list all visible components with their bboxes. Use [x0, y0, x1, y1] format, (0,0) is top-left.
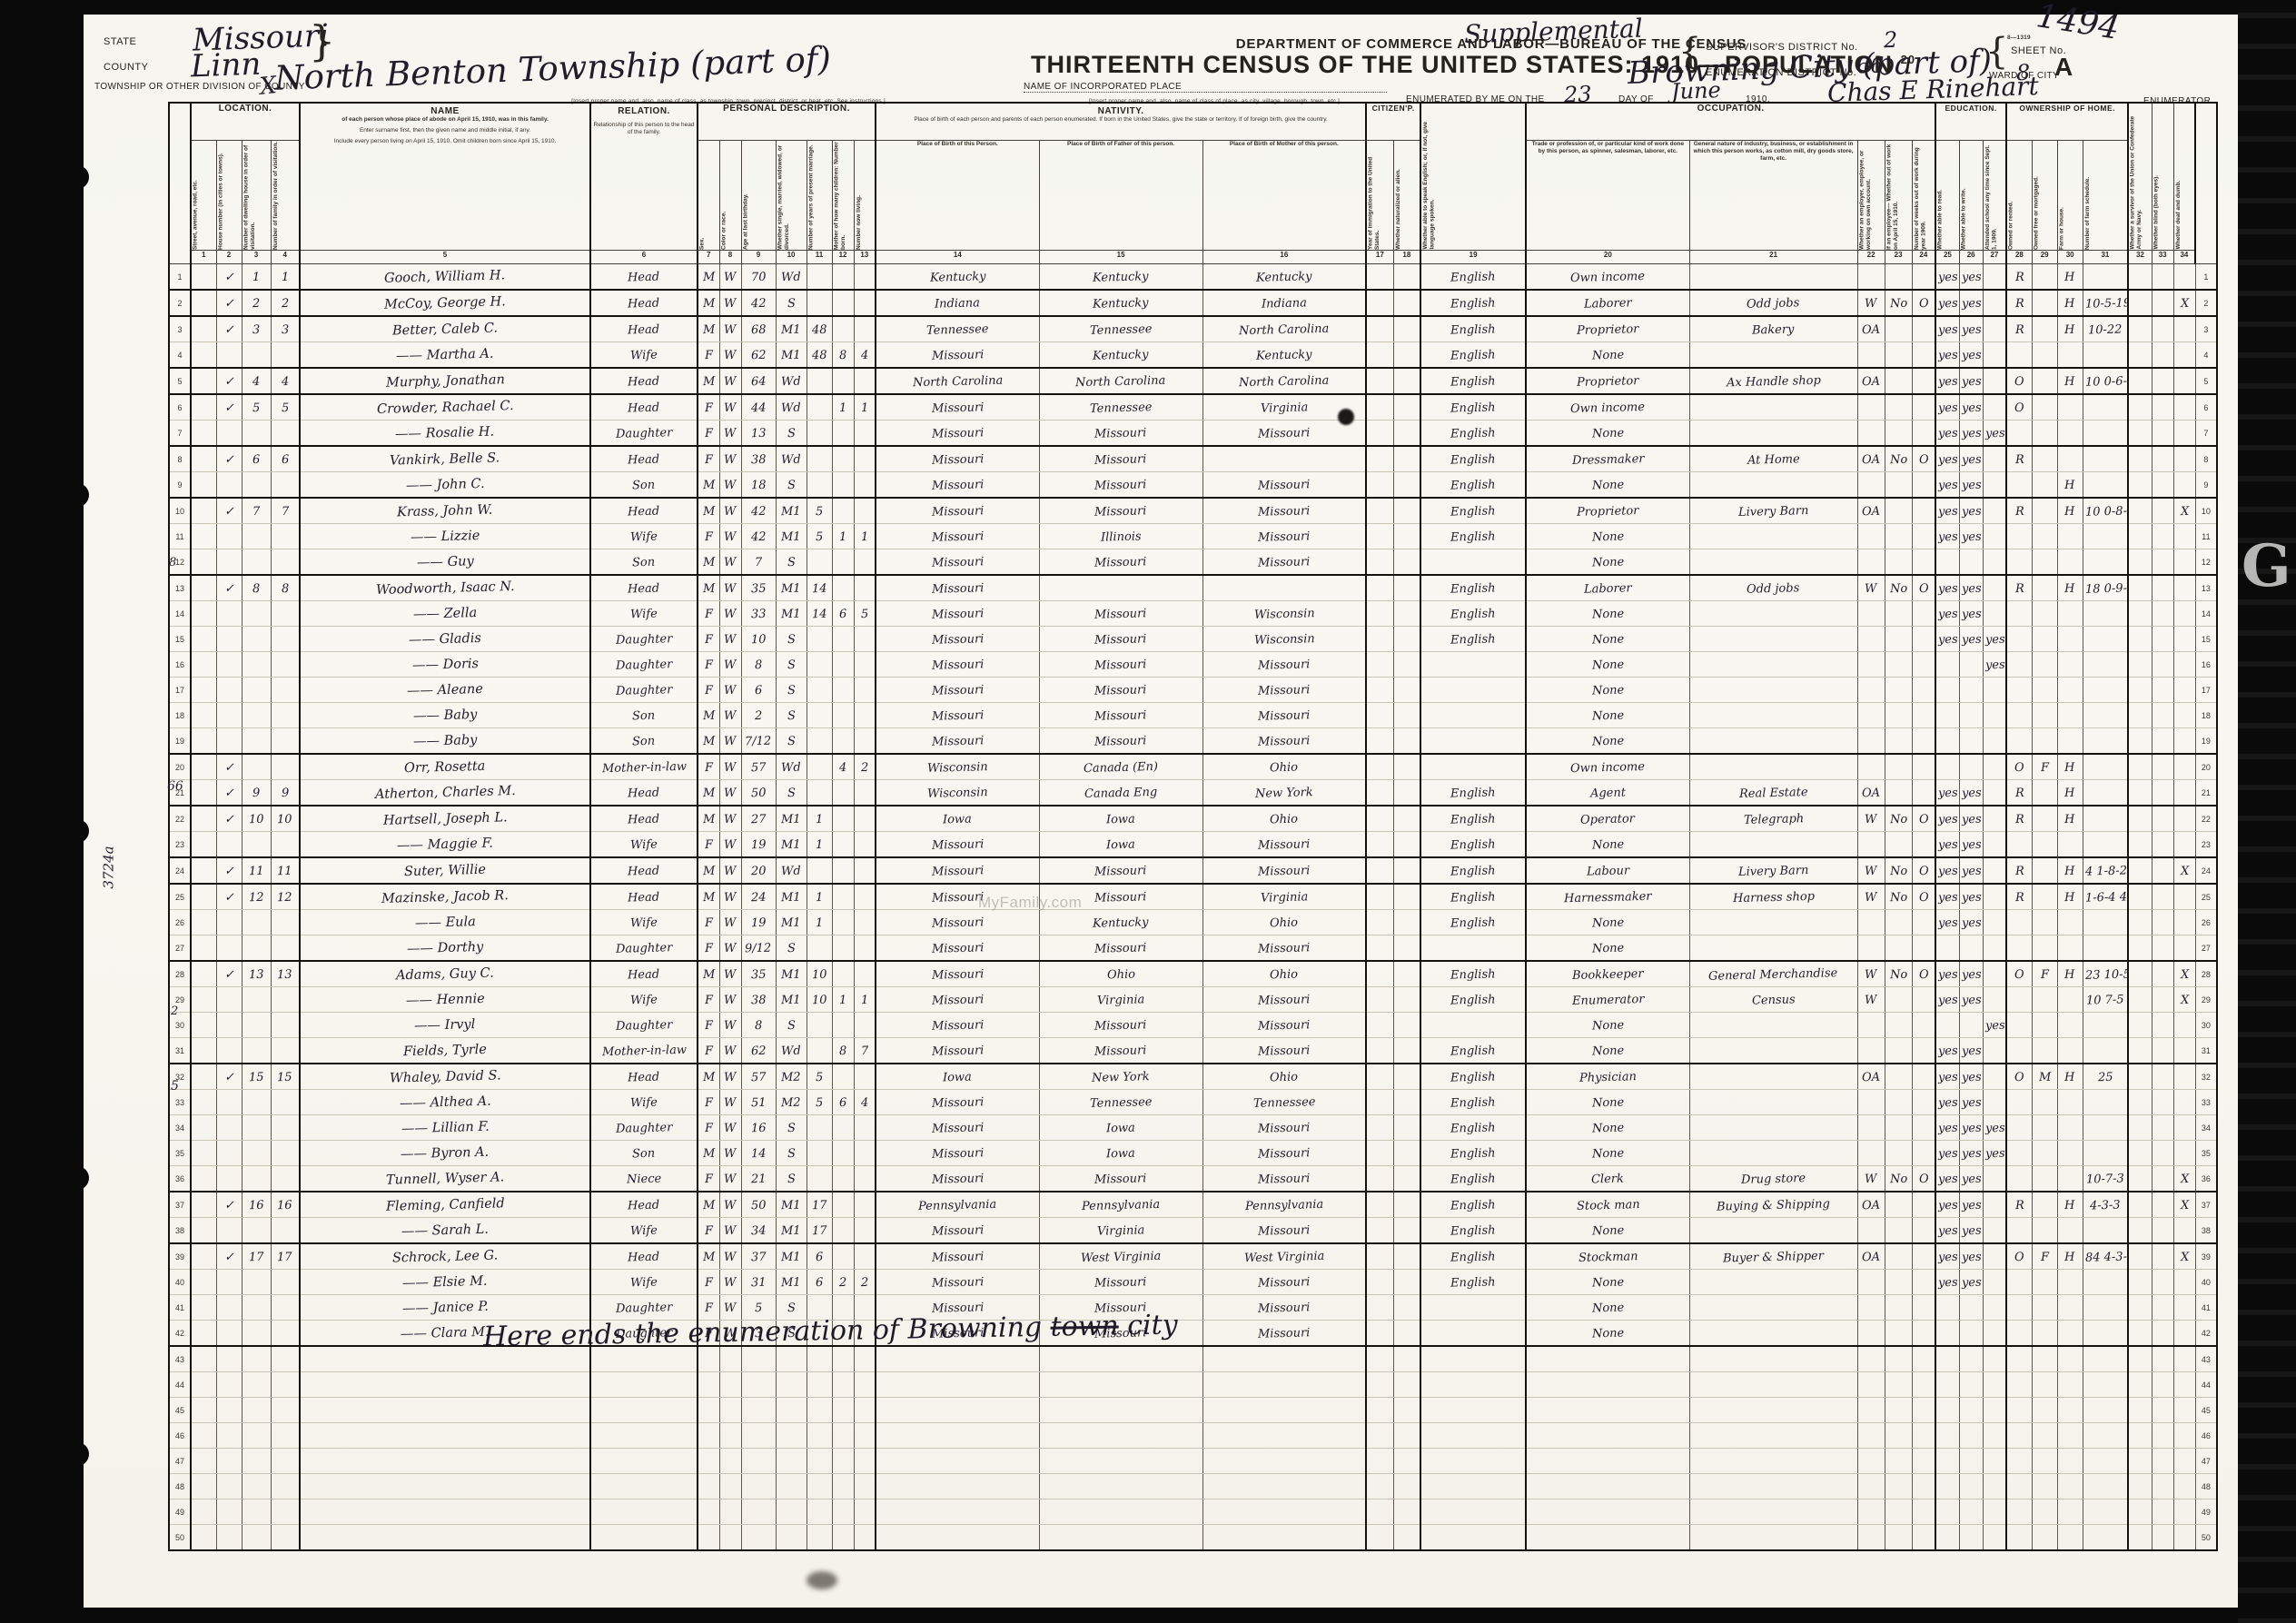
- cell-name: Woodworth, Isaac N.: [300, 575, 590, 601]
- handwritten-entry: yes: [1961, 504, 1981, 519]
- handwritten-entry: 13: [277, 967, 292, 981]
- handwritten-entry: —— Elsie M.: [402, 1273, 488, 1290]
- cell-yrim: [1366, 1166, 1393, 1193]
- cell-fm: [2032, 857, 2057, 884]
- cell-eng: English: [1420, 472, 1526, 499]
- cell-pf: Illinois: [1039, 524, 1202, 549]
- cell-rd: [1935, 678, 1959, 703]
- cell-loc2: [216, 678, 242, 703]
- cell-cb: [832, 1013, 854, 1038]
- cell-fh: H: [2057, 857, 2083, 884]
- cell-name: Whaley, David S.: [300, 1064, 590, 1090]
- cell-ym: [807, 1115, 832, 1141]
- years-married-column-header: Number of years of present marriage.: [807, 141, 832, 251]
- cell-rd: yes: [1935, 832, 1959, 858]
- birthplace-father-column-header: Place of Birth of Father of this person.: [1039, 141, 1202, 251]
- cell-fn: [2083, 1115, 2128, 1141]
- handwritten-entry: None: [1592, 632, 1625, 647]
- cell-cl: [854, 472, 876, 499]
- cell-fn: [2083, 1398, 2128, 1423]
- line-number: 9: [169, 472, 191, 499]
- cell-loc1: [191, 780, 216, 807]
- cell-cl: [854, 264, 876, 291]
- handwritten-entry: Iowa: [943, 812, 972, 826]
- cell-ind: [1689, 1525, 1857, 1551]
- cell-pf: Missouri: [1039, 421, 1202, 447]
- cell-pf: [1039, 1499, 1202, 1525]
- cell-cl: [854, 1449, 876, 1474]
- cell-fm: [2032, 1166, 2057, 1193]
- line-number: 47: [2195, 1449, 2217, 1474]
- cell-pm: [1202, 1525, 1366, 1551]
- cell-wk: [1912, 678, 1935, 703]
- cell-mar: S: [776, 549, 807, 576]
- handwritten-entry: Head: [628, 1070, 659, 1084]
- handwritten-entry: W: [724, 1198, 737, 1212]
- cell-own: [2006, 342, 2032, 369]
- cell-vet: [2128, 910, 2152, 935]
- cell-fm: [2032, 627, 2057, 652]
- cell-nat: [1393, 1499, 1420, 1525]
- cell-own: [2006, 1090, 2032, 1115]
- children-born-column-header: Mother of how many children: Number born…: [832, 141, 854, 251]
- cell-fm: [2032, 264, 2057, 291]
- table-row: 12—— GuySonMW7SMissouriMissouriMissouriN…: [169, 549, 2217, 576]
- handwritten-entry: W: [724, 1121, 737, 1134]
- cell-dw: [242, 342, 271, 369]
- handwritten-entry: ✓: [223, 786, 233, 799]
- cell-wr: yes: [1959, 316, 1983, 342]
- cell-ow: No: [1885, 1166, 1912, 1193]
- handwritten-entry: Livery Barn: [1738, 863, 1809, 878]
- handwritten-entry: 4 1-8-2: [2084, 864, 2126, 878]
- handwritten-entry: English: [1450, 1172, 1496, 1186]
- cell-name: —— Hennie: [300, 987, 590, 1013]
- cell-cb: [832, 368, 854, 394]
- cell-sch: [1983, 1474, 2006, 1499]
- cell-loc1: [191, 1038, 216, 1064]
- cell-vet: [2128, 1038, 2152, 1064]
- column-number: 4: [271, 251, 300, 264]
- cell-ow: [1885, 728, 1912, 755]
- cell-loc2: [216, 1218, 242, 1244]
- cell-own: O: [2006, 754, 2032, 780]
- cell-name: —— Doris: [300, 652, 590, 678]
- cell-name: —— Zella: [300, 601, 590, 627]
- cell-emp: [1857, 627, 1885, 652]
- handwritten-entry: Canada Eng: [1084, 785, 1158, 800]
- cell-df: [2173, 575, 2195, 601]
- handwritten-entry: None: [1592, 1223, 1625, 1238]
- cell-loc2: [216, 728, 242, 755]
- cell-loc2: ✓: [216, 316, 242, 342]
- watermark: MyFamily.com: [978, 894, 1082, 912]
- cell-pob: Missouri: [876, 1141, 1039, 1166]
- cell-sch: [1983, 1398, 2006, 1423]
- cell-sch: [1983, 1038, 2006, 1064]
- line-number: 43: [169, 1346, 191, 1372]
- cell-df: [2173, 394, 2195, 421]
- cell-fm: [2032, 806, 2057, 832]
- handwritten-entry: X: [2180, 993, 2189, 1006]
- cell-sex: F: [698, 421, 719, 447]
- cell-emp: [1857, 832, 1885, 858]
- handwritten-entry: yes: [1961, 529, 1981, 544]
- cell-loc1: [191, 524, 216, 549]
- cell-rd: [1935, 1346, 1959, 1372]
- cell-emp: [1857, 524, 1885, 549]
- cell-ind: [1689, 832, 1857, 858]
- cell-ow: [1885, 1038, 1912, 1064]
- cell-bl: [2152, 1499, 2173, 1525]
- cell-rd: yes: [1935, 316, 1959, 342]
- cell-own: O: [2006, 1064, 2032, 1090]
- cell-fn: [2083, 264, 2128, 291]
- cell-dw: [242, 987, 271, 1013]
- cell-own: [2006, 627, 2032, 652]
- cell-rel: Daughter: [590, 678, 698, 703]
- cell-own: [2006, 1141, 2032, 1166]
- cell-dw: [242, 1218, 271, 1244]
- cell-loc2: [216, 935, 242, 962]
- handwritten-entry: H: [2064, 890, 2075, 904]
- handwritten-entry: M: [702, 270, 715, 283]
- cell-name: —— Lizzie: [300, 524, 590, 549]
- cell-yrim: [1366, 472, 1393, 499]
- cell-ow: [1885, 1525, 1912, 1551]
- cell-fm: [2032, 832, 2057, 858]
- cell-name: Schrock, Lee G.: [300, 1243, 590, 1270]
- cell-wk: [1912, 264, 1935, 291]
- cell-loc1: [191, 832, 216, 858]
- handwritten-entry: M: [702, 1146, 715, 1160]
- cell-color: W: [719, 1192, 741, 1218]
- cell-vet: [2128, 368, 2152, 394]
- handwritten-entry: F: [705, 941, 713, 955]
- handwritten-entry: W: [724, 1070, 737, 1084]
- handwritten-entry: No: [1889, 890, 1907, 904]
- cell-loc1: [191, 472, 216, 499]
- cell-dw: [242, 1115, 271, 1141]
- cell-cl: [854, 678, 876, 703]
- handwritten-entry: Missouri: [1094, 708, 1147, 723]
- cell-fam: [271, 910, 300, 935]
- cell-ym: [807, 780, 832, 807]
- cell-ym: [807, 368, 832, 394]
- cell-yrim: [1366, 1449, 1393, 1474]
- cell-age: [741, 1372, 776, 1398]
- handwritten-entry: English: [1450, 1250, 1496, 1264]
- handwritten-entry: R: [2014, 812, 2024, 826]
- handwritten-entry: F: [705, 529, 713, 543]
- line-number: 38: [169, 1218, 191, 1244]
- handwritten-entry: English: [1450, 401, 1496, 415]
- line-number: 37: [2195, 1192, 2217, 1218]
- cell-bl: [2152, 601, 2173, 627]
- cell-mar: M1: [776, 1243, 807, 1270]
- cell-fam: 8: [271, 575, 300, 601]
- table-row: 20✓Orr, RosettaMother-in-lawFW57Wd42Wisc…: [169, 754, 2217, 780]
- cell-pf: Canada Eng: [1039, 780, 1202, 807]
- cell-vet: [2128, 1295, 2152, 1321]
- cell-name: Tunnell, Wyser A.: [300, 1166, 590, 1193]
- handwritten-entry: ✓: [223, 504, 233, 518]
- handwritten-entry: W: [724, 401, 737, 414]
- handwritten-entry: yes: [1961, 348, 1981, 362]
- handwritten-entry: Bakery: [1752, 322, 1795, 337]
- cell-nat: [1393, 394, 1420, 421]
- handwritten-entry: yes: [1961, 322, 1981, 337]
- cell-cl: [854, 1218, 876, 1244]
- table-row: 10✓77Krass, John W.HeadMW42M15MissouriMi…: [169, 498, 2217, 524]
- cell-occ: None: [1526, 601, 1689, 627]
- cell-fm: [2032, 1398, 2057, 1423]
- handwritten-entry: McCoy, George H.: [384, 294, 506, 312]
- cell-mar: S: [776, 780, 807, 807]
- cell-pf: Missouri: [1039, 1038, 1202, 1064]
- handwritten-entry: Son: [632, 555, 655, 569]
- handwritten-entry: None: [1592, 1275, 1625, 1290]
- cell-occ: Clerk: [1526, 1166, 1689, 1193]
- cell-df: [2173, 1218, 2195, 1244]
- cell-sch: [1983, 1346, 2006, 1372]
- cell-ym: [807, 1398, 832, 1423]
- cell-color: W: [719, 703, 741, 728]
- handwritten-entry: M: [702, 812, 715, 826]
- handwritten-entry: 17: [812, 1223, 827, 1237]
- handwritten-entry: M: [702, 504, 715, 518]
- handwritten-entry: Missouri: [1094, 426, 1147, 440]
- cell-nat: [1393, 421, 1420, 447]
- cell-age: 20: [741, 857, 776, 884]
- handwritten-entry: Virginia: [1097, 1223, 1145, 1238]
- cell-sch: [1983, 1372, 2006, 1398]
- cell-cl: [854, 1423, 876, 1449]
- handwritten-entry: Missouri: [931, 529, 984, 544]
- cell-ym: 1: [807, 806, 832, 832]
- cell-age: 8: [741, 1013, 776, 1038]
- line-number: 27: [2195, 935, 2217, 962]
- line-number: 8: [2195, 446, 2217, 472]
- cell-loc2: ✓: [216, 1192, 242, 1218]
- cell-mar: Wd: [776, 1038, 807, 1064]
- cell-mar: M1: [776, 910, 807, 935]
- cell-cl: 2: [854, 754, 876, 780]
- cell-occ: Stock man: [1526, 1192, 1689, 1218]
- cell-dw: [242, 627, 271, 652]
- table-row: 1✓11Gooch, William H.HeadMW70WdKentuckyK…: [169, 264, 2217, 291]
- cell-color: W: [719, 1090, 741, 1115]
- handwritten-entry: yes: [1961, 1275, 1981, 1290]
- cell-mar: M2: [776, 1090, 807, 1115]
- cell-pf: [1039, 1474, 1202, 1499]
- handwritten-entry: English: [1450, 1275, 1496, 1290]
- handwritten-entry: Ohio: [1270, 1070, 1298, 1084]
- cell-ym: 6: [807, 1270, 832, 1295]
- cell-occ: [1526, 1398, 1689, 1423]
- cell-name: [300, 1499, 590, 1525]
- cell-yrim: [1366, 1474, 1393, 1499]
- handwritten-entry: 3: [281, 322, 289, 336]
- handwritten-entry: yes: [1938, 1044, 1958, 1058]
- cell-fam: [271, 1115, 300, 1141]
- handwritten-entry: None: [1592, 426, 1625, 440]
- cell-loc1: [191, 1243, 216, 1270]
- cell-sex: M: [698, 575, 719, 601]
- cell-wk: [1912, 1192, 1935, 1218]
- cell-occ: Proprietor: [1526, 498, 1689, 524]
- personal-description-group-header: PERSONAL DESCRIPTION.: [698, 103, 876, 141]
- cell-ym: [807, 1423, 832, 1449]
- handwritten-entry: 38: [751, 452, 767, 466]
- cell-own: [2006, 832, 2032, 858]
- cell-loc2: [216, 1038, 242, 1064]
- cell-rd: [1935, 1525, 1959, 1551]
- handwritten-entry: Wd: [781, 270, 801, 284]
- cell-eng: English: [1420, 601, 1526, 627]
- cell-sch: [1983, 1449, 2006, 1474]
- cell-ym: [807, 728, 832, 755]
- cell-name: —— Aleane: [300, 678, 590, 703]
- cell-fm: [2032, 472, 2057, 499]
- handwritten-entry: North Carolina: [1239, 373, 1330, 390]
- cell-bl: [2152, 1449, 2173, 1474]
- cell-nat: [1393, 1525, 1420, 1551]
- handwritten-entry: O: [2014, 1070, 2024, 1084]
- cell-fm: [2032, 987, 2057, 1013]
- cell-dw: [242, 1474, 271, 1499]
- cell-loc2: [216, 1525, 242, 1551]
- cell-ow: [1885, 1090, 1912, 1115]
- cell-rel: Head: [590, 884, 698, 910]
- cell-loc1: [191, 652, 216, 678]
- cell-fam: 16: [271, 1192, 300, 1218]
- cell-bl: [2152, 575, 2173, 601]
- cell-name: —— Rosalie H.: [300, 421, 590, 447]
- handwritten-entry: Wd: [781, 374, 801, 389]
- line-number: 31: [2195, 1038, 2217, 1064]
- cell-fn: [2083, 1013, 2128, 1038]
- cell-rel: Daughter: [590, 1115, 698, 1141]
- cell-ow: [1885, 910, 1912, 935]
- cell-pob: Missouri: [876, 472, 1039, 499]
- cell-fn: [2083, 1525, 2128, 1551]
- cell-mar: S: [776, 1013, 807, 1038]
- cell-fm: [2032, 1013, 2057, 1038]
- cell-sex: M: [698, 961, 719, 987]
- cell-ow: [1885, 703, 1912, 728]
- cell-nat: [1393, 1372, 1420, 1398]
- cell-pob: Pennsylvania: [876, 1192, 1039, 1218]
- cell-yrim: [1366, 575, 1393, 601]
- farm-schedule-column-header: Number of farm schedule.: [2083, 141, 2128, 251]
- handwritten-entry: yes: [1984, 1018, 2004, 1033]
- table-row: 3✓33Better, Caleb C.HeadMW68M148Tennesse…: [169, 316, 2217, 342]
- cell-pob: [876, 1423, 1039, 1449]
- line-number-header-right: [2195, 103, 2217, 264]
- handwritten-entry: yes: [1938, 915, 1958, 930]
- cell-sch: [1983, 1218, 2006, 1244]
- cell-df: [2173, 627, 2195, 652]
- cell-pf: Kentucky: [1039, 264, 1202, 291]
- handwritten-entry: yes: [1961, 1095, 1981, 1110]
- handwritten-entry: S: [787, 1172, 795, 1185]
- handwritten-entry: No: [1889, 581, 1907, 595]
- line-number: 50: [169, 1525, 191, 1551]
- cell-vet: [2128, 342, 2152, 369]
- handwritten-entry: Own income: [1570, 269, 1645, 284]
- cell-pob: Missouri: [876, 1038, 1039, 1064]
- handwritten-entry: F: [705, 1301, 713, 1314]
- cell-pf: Missouri: [1039, 498, 1202, 524]
- cell-bl: [2152, 290, 2173, 316]
- handwritten-entry: English: [1450, 812, 1496, 826]
- cell-sch: [1983, 728, 2006, 755]
- cell-rel: Wife: [590, 1090, 698, 1115]
- cell-fn: 10-7-3: [2083, 1166, 2128, 1193]
- handwritten-entry: yes: [1984, 426, 2004, 440]
- cell-wr: [1959, 1372, 1983, 1398]
- handwritten-entry: 10: [277, 812, 292, 826]
- handwritten-entry: yes: [1938, 1198, 1958, 1212]
- handwritten-entry: Head: [628, 270, 659, 284]
- cell-ow: [1885, 652, 1912, 678]
- handwritten-entry: English: [1450, 529, 1496, 544]
- cell-rd: [1935, 1398, 1959, 1423]
- cell-df: [2173, 910, 2195, 935]
- handwritten-entry: M1: [781, 993, 801, 1007]
- cell-rel: Mother-in-law: [590, 754, 698, 780]
- handwritten-entry: Wife: [630, 837, 658, 852]
- handwritten-entry: Wd: [781, 760, 801, 775]
- handwritten-entry: yes: [1938, 864, 1958, 878]
- cell-own: R: [2006, 806, 2032, 832]
- cell-age: [741, 1474, 776, 1499]
- cell-sch: [1983, 1423, 2006, 1449]
- cell-emp: [1857, 1038, 1885, 1064]
- cell-ow: [1885, 1295, 1912, 1321]
- cell-pf: Canada (En): [1039, 754, 1202, 780]
- handwritten-entry: Missouri: [1094, 632, 1147, 647]
- cell-cl: [854, 1192, 876, 1218]
- cell-fh: H: [2057, 290, 2083, 316]
- table-row: 4—— Martha A.WifeFW62M14884MissouriKentu…: [169, 342, 2217, 369]
- cell-dw: [242, 832, 271, 858]
- handwritten-entry: M: [702, 555, 715, 569]
- handwritten-entry: 68: [751, 322, 767, 336]
- cell-fh: H: [2057, 575, 2083, 601]
- handwritten-entry: H: [2064, 760, 2075, 774]
- house-number-column-header: House number (in cities or towns).: [216, 141, 242, 251]
- cell-fn: 25: [2083, 1064, 2128, 1090]
- cell-wk: O: [1912, 857, 1935, 884]
- punch-hole: [65, 165, 89, 189]
- cell-color: W: [719, 1218, 741, 1244]
- cell-age: 68: [741, 316, 776, 342]
- handwritten-entry: ✓: [223, 270, 233, 283]
- handwritten-entry: W: [1865, 812, 1877, 826]
- cell-bl: [2152, 910, 2173, 935]
- handwritten-entry: F: [705, 1044, 713, 1057]
- handwritten-entry: 19: [751, 837, 767, 851]
- cell-sch: [1983, 575, 2006, 601]
- weeks-out-column-header: Number of weeks out of work during year …: [1912, 141, 1935, 251]
- table-row: 33—— Althea A.WifeFW51M2564MissouriTenne…: [169, 1090, 2217, 1115]
- cell-cb: [832, 1243, 854, 1270]
- cell-loc1: [191, 421, 216, 447]
- cell-pob: Missouri: [876, 549, 1039, 576]
- cell-pf: Pennsylvania: [1039, 1192, 1202, 1218]
